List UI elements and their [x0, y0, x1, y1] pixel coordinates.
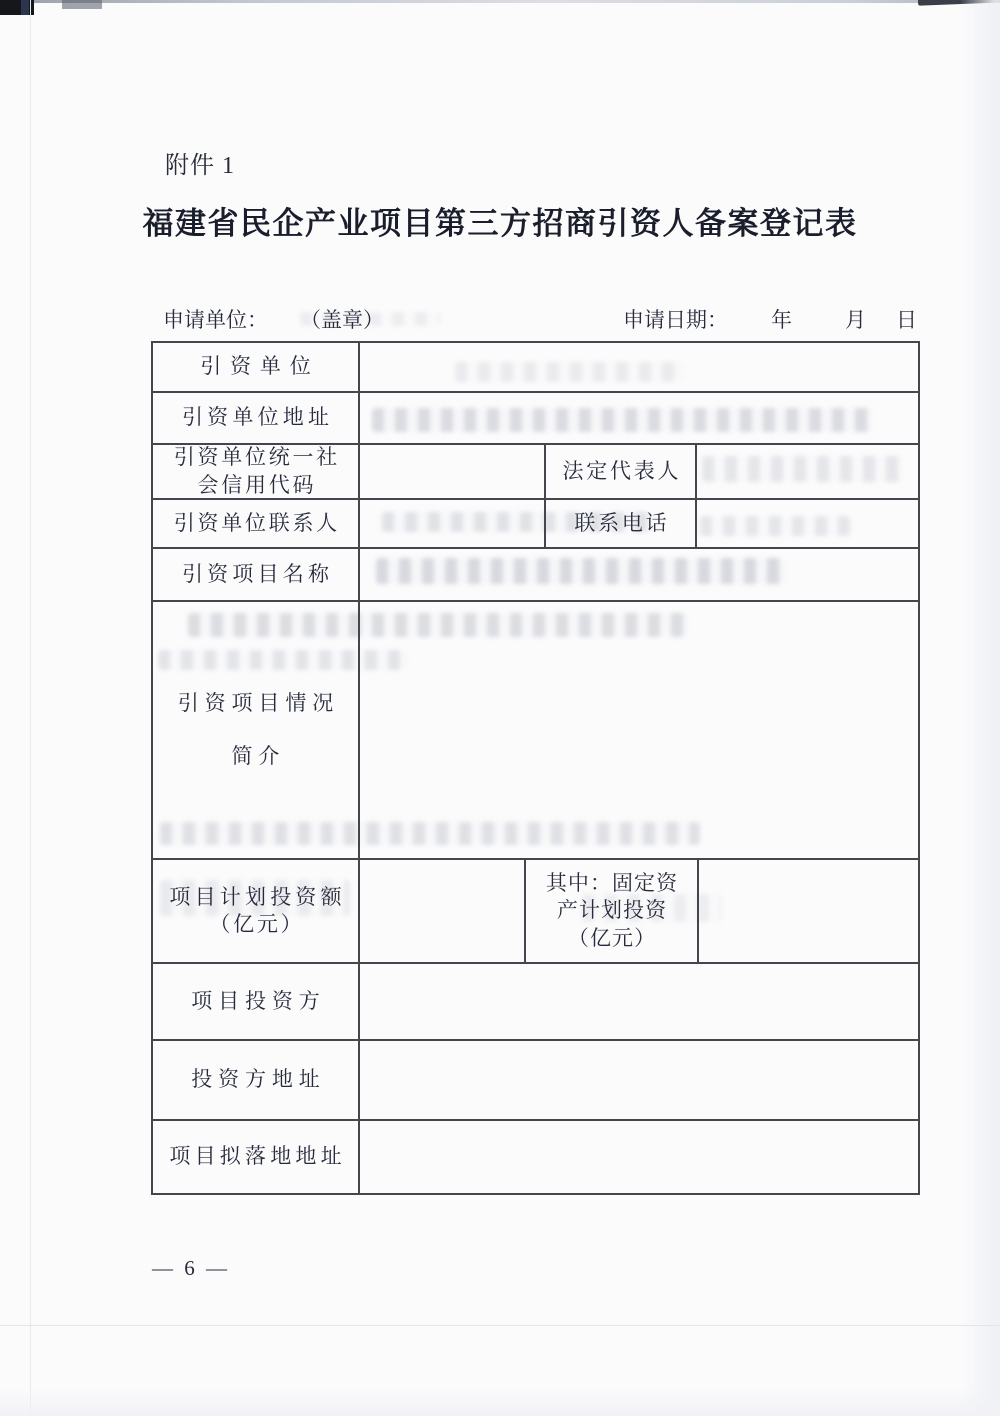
row-label-investor-address: 投资方地址 — [153, 1041, 360, 1121]
table-row-planned-investment: 项目计划投资额 （亿元） 其中：固定资 产计划投资 （亿元） — [153, 860, 918, 964]
row-label-credit-code-line1: 引资单位统一社 — [171, 444, 340, 471]
day-label: 日 — [896, 304, 917, 334]
table-row-project-location: 项目拟落地地址 — [153, 1121, 918, 1193]
row-label-credit-code: 引资单位统一社 会信用代码 — [153, 445, 360, 500]
field-project-name — [360, 549, 918, 602]
scan-artifact-bottom-shade — [0, 1388, 1000, 1416]
row-label-inviting-unit: 引资单位 — [153, 343, 360, 393]
field-contact-phone — [697, 500, 918, 549]
row-label-fixed-asset-line3: （亿元） — [567, 925, 656, 952]
registration-table: 引资单位 引资单位地址 引资单位统一社 会信用代码 法定代表人 引资单位联系人 … — [151, 341, 920, 1195]
form-title: 福建省民企产业项目第三方招商引资人备案登记表 — [0, 198, 1000, 243]
field-fixed-asset-investment — [699, 860, 918, 964]
row-label-project-name: 引资项目名称 — [153, 549, 360, 602]
scan-artifact-top-edge — [0, 0, 1000, 3]
year-label: 年 — [771, 304, 792, 334]
table-row-investor-address: 投资方地址 — [153, 1041, 918, 1121]
applicant-unit-label: 申请单位： — [163, 304, 268, 334]
row-label-contact-person: 引资单位联系人 — [153, 500, 360, 549]
field-contact-person — [360, 500, 546, 549]
row-label-fixed-asset-line1: 其中：固定资 — [545, 870, 678, 897]
row-label-contact-phone: 联系电话 — [546, 500, 697, 549]
table-row-credit-code: 引资单位统一社 会信用代码 法定代表人 — [153, 445, 918, 500]
field-project-overview — [360, 602, 918, 860]
month-label: 月 — [845, 304, 866, 334]
field-inviting-unit-address — [360, 393, 918, 445]
row-label-inviting-unit-address: 引资单位地址 — [153, 393, 360, 445]
field-project-investor — [360, 964, 918, 1041]
scanned-form-page: 附件 1 福建省民企产业项目第三方招商引资人备案登记表 申请单位： （盖章） 申… — [0, 0, 1000, 1416]
application-date-label: 申请日期： — [623, 304, 728, 334]
page-number: — 6 — — [152, 1256, 230, 1281]
table-row-inviting-unit: 引资单位 — [153, 343, 918, 393]
seal-label: （盖章） — [300, 304, 384, 334]
row-label-planned-investment: 项目计划投资额 （亿元） — [153, 860, 360, 964]
row-label-credit-code-line2: 会信用代码 — [195, 472, 316, 499]
attachment-label: 附件 1 — [165, 145, 235, 180]
table-row-inviting-unit-address: 引资单位地址 — [153, 393, 918, 445]
row-label-project-overview-line1: 引资项目情况 — [172, 690, 339, 717]
row-label-project-investor: 项目投资方 — [153, 964, 360, 1041]
row-label-legal-representative: 法定代表人 — [546, 445, 697, 500]
row-label-planned-investment-line2: （亿元） — [207, 911, 305, 938]
field-project-location — [360, 1121, 918, 1193]
scan-artifact-corner-blot-highlight — [21, 0, 29, 15]
scan-artifact-corner-blot-2 — [62, 0, 102, 9]
row-label-planned-investment-line1: 项目计划投资额 — [165, 884, 346, 911]
row-label-fixed-asset-investment: 其中：固定资 产计划投资 （亿元） — [526, 860, 699, 964]
field-investor-address — [360, 1041, 918, 1121]
field-planned-investment — [360, 860, 526, 964]
table-row-project-name: 引资项目名称 — [153, 549, 918, 602]
table-row-project-investor: 项目投资方 — [153, 964, 918, 1041]
row-label-fixed-asset-line2: 产计划投资 — [556, 897, 667, 924]
table-row-contact-person: 引资单位联系人 联系电话 — [153, 500, 918, 549]
field-inviting-unit — [360, 343, 918, 393]
scan-artifact-bottom-rule — [0, 1325, 1000, 1326]
field-credit-code — [360, 445, 546, 500]
row-label-project-overview-line2: 简介 — [226, 743, 286, 770]
field-legal-representative — [697, 445, 918, 500]
row-label-project-location: 项目拟落地地址 — [153, 1121, 360, 1193]
table-row-project-overview: 引资项目情况 简介 — [153, 602, 918, 860]
row-label-project-overview: 引资项目情况 简介 — [153, 602, 360, 860]
meta-row: 申请单位： （盖章） 申请日期： 年 月 日 — [0, 304, 1000, 334]
